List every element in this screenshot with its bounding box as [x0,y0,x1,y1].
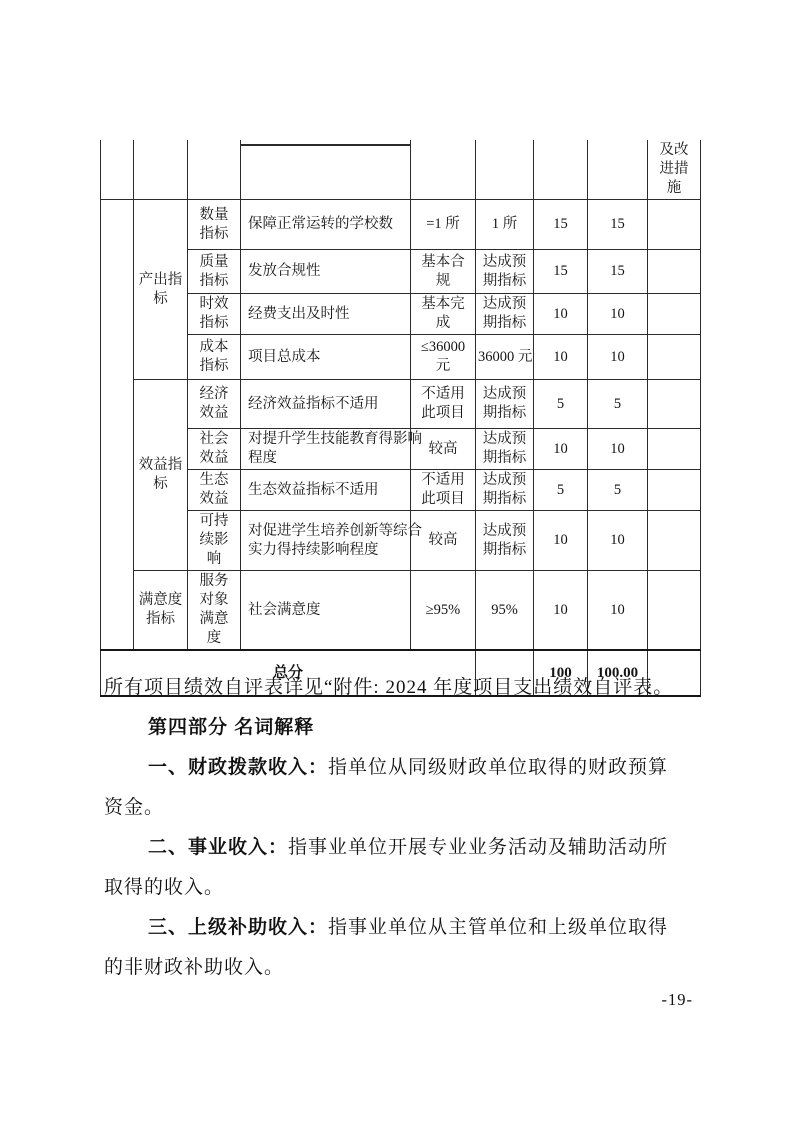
cell-score: 10 [534,511,588,571]
cell-remark [648,294,701,335]
cell-final-score: 15 [588,200,648,250]
cell-indicator-name: 经费支出及时性 [241,294,411,335]
cell-sub-indicator: 时效 指标 [188,294,241,335]
term-label: 一、财政拨款收入： [148,757,328,778]
performance-self-evaluation-table: 及改 进措 施 产出指 标 数量 指标 保障正常运转的学校数 =1 所 1 所 … [100,140,701,697]
cell-remark [648,511,701,571]
intro-paragraph: 所有项目绩效自评表详见“附件: 2024 年度项目支出绩效自评表。 [104,668,708,708]
cell-final-score: 10 [588,294,648,335]
cell-sub-indicator: 成本 指标 [188,335,241,380]
cell-score: 5 [534,470,588,511]
table-row: 社会 效益 对提升学生技能教育得影响 程度 较高 达成预 期指标 10 10 [101,429,701,470]
cell-empty [411,140,476,200]
cell-target-value: ≤36000 元 [411,335,476,380]
table-row: 生态 效益 生态效益指标不适用 不适用 此项目 达成预 期指标 5 5 [101,470,701,511]
cell-actual-value: 达成预 期指标 [476,380,534,429]
cell-indicator-name: 对促进学生培养创新等综合 实力得持续影响程度 [241,511,411,571]
cell-sub-indicator: 可持 续影 响 [188,511,241,571]
table-row: 成本 指标 项目总成本 ≤36000 元 36000 元 10 10 [101,335,701,380]
term-label: 二、事业收入： [148,837,288,858]
cell-empty [588,140,648,200]
cell-box-top-border [240,144,411,146]
table-row: 满意度 指标 服务 对象 满意 度 社会满意度 ≥95% 95% 10 10 [101,571,701,651]
cell-remark [648,571,701,651]
cell-indicator-name: 对提升学生技能教育得影响 程度 [241,429,411,470]
cell-target-value: 较高 [411,511,476,571]
cell-sub-indicator: 经济 效益 [188,380,241,429]
term-paragraph-1: 一、财政拨款收入：指单位从同级财政单位取得的财政预算 资金。 [104,748,708,828]
cell-indicator-name: 发放合规性 [241,250,411,294]
cell-target-value: 基本合 规 [411,250,476,294]
cell-target-value: =1 所 [411,200,476,250]
cell-score: 15 [534,250,588,294]
table-row: 产出指 标 数量 指标 保障正常运转的学校数 =1 所 1 所 15 15 [101,200,701,250]
cell-score: 5 [534,380,588,429]
cell-remark [648,335,701,380]
cell-score: 10 [534,294,588,335]
table-row: 效益指 标 经济 效益 经济效益指标不适用 不适用 此项目 达成预 期指标 5 … [101,380,701,429]
cell-score: 10 [534,571,588,651]
cell-group-output: 产出指 标 [134,200,188,380]
cell-sub-indicator: 数量 指标 [188,200,241,250]
cell-indicator-name: 生态效益指标不适用 [241,470,411,511]
cell-empty [534,140,588,200]
cell-indicator-name: 保障正常运转的学校数 [241,200,411,250]
cell-group-benefit: 效益指 标 [134,380,188,571]
cell-final-score: 10 [588,571,648,651]
cell-remark [648,429,701,470]
cell-remark [648,250,701,294]
cell-score: 10 [534,429,588,470]
table-row-continuation: 及改 进措 施 [101,140,701,200]
cell-sub-indicator: 服务 对象 满意 度 [188,571,241,651]
cell-left-margin [101,140,134,200]
cell-sub-indicator: 社会 效益 [188,429,241,470]
table-row: 可持 续影 响 对促进学生培养创新等综合 实力得持续影响程度 较高 达成预 期指… [101,511,701,571]
cell-target-value: 基本完 成 [411,294,476,335]
cell-score: 15 [534,200,588,250]
section-heading: 第四部分 名词解释 [104,708,708,748]
cell-actual-value: 达成预 期指标 [476,250,534,294]
cell-final-score: 15 [588,250,648,294]
cell-final-score: 5 [588,380,648,429]
table-row: 质量 指标 发放合规性 基本合 规 达成预 期指标 15 15 [101,250,701,294]
cell-actual-value: 达成预 期指标 [476,294,534,335]
cell-group-satisfaction: 满意度 指标 [134,571,188,651]
cell-final-score: 10 [588,429,648,470]
cell-actual-value: 达成预 期指标 [476,511,534,571]
document-page: 及改 进措 施 产出指 标 数量 指标 保障正常运转的学校数 =1 所 1 所 … [0,0,793,1122]
cell-final-score: 10 [588,511,648,571]
cell-target-value: ≥95% [411,571,476,651]
page-number: -19- [662,990,694,1010]
cell-score: 10 [534,335,588,380]
cell-remark [648,200,701,250]
cell-remark [648,470,701,511]
cell-empty [134,140,188,200]
cell-indicator-name: 经济效益指标不适用 [241,380,411,429]
cell-target-value: 不适用 此项目 [411,380,476,429]
cell-sub-indicator: 质量 指标 [188,250,241,294]
term-paragraph-2: 二、事业收入：指事业单位开展专业业务活动及辅助活动所 取得的收入。 [104,828,708,908]
cell-actual-value: 1 所 [476,200,534,250]
cell-actual-value: 95% [476,571,534,651]
term-label: 三、上级补助收入： [148,917,328,938]
cell-sub-indicator: 生态 效益 [188,470,241,511]
cell-empty [188,140,241,200]
cell-actual-value: 达成预 期指标 [476,470,534,511]
cell-left-margin-merged [101,200,134,651]
cell-final-score: 10 [588,335,648,380]
cell-indicator-name: 项目总成本 [241,335,411,380]
cell-final-score: 5 [588,470,648,511]
cell-indicator-name: 社会满意度 [241,571,411,651]
cell-empty-box [241,140,411,200]
term-paragraph-3: 三、上级补助收入：指事业单位从主管单位和上级单位取得 的非财政补助收入。 [104,908,708,988]
cell-remark [648,380,701,429]
table-row: 时效 指标 经费支出及时性 基本完 成 达成预 期指标 10 10 [101,294,701,335]
cell-target-value: 不适用 此项目 [411,470,476,511]
cell-empty [476,140,534,200]
body-text: 所有项目绩效自评表详见“附件: 2024 年度项目支出绩效自评表。 第四部分 名… [104,668,708,988]
cell-actual-value: 达成预 期指标 [476,429,534,470]
cell-remark-header-continuation: 及改 进措 施 [648,140,701,200]
cell-actual-value: 36000 元 [476,335,534,380]
